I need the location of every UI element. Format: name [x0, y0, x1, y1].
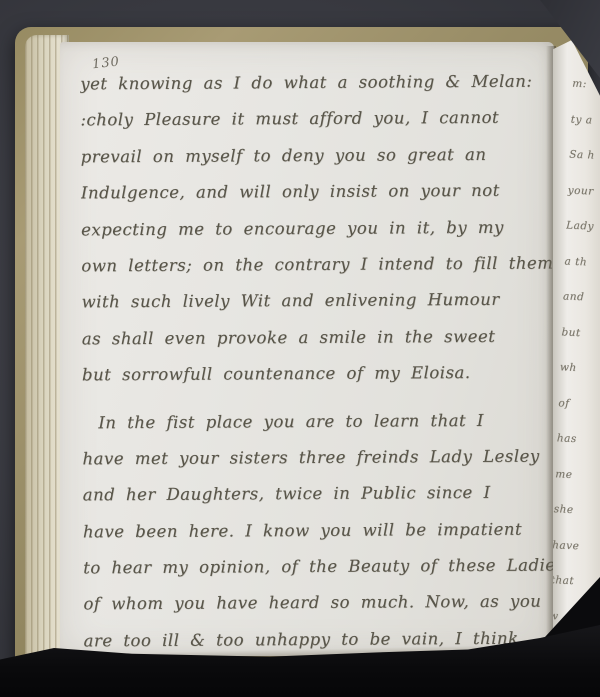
handwriting-line: and her Daughters, twice in Public since…	[83, 483, 555, 522]
text-fragment: has	[556, 432, 597, 469]
handwriting-line: have been here. I know you will be impat…	[83, 519, 555, 558]
handwriting-line: with such lively Wit and enlivening Humo…	[82, 290, 554, 329]
handwriting-line: expecting me to encourage you in it, by …	[81, 217, 553, 256]
manuscript-photo: 130 yet knowing as I do what a soothing …	[0, 0, 600, 697]
text-fragment: ty a	[569, 113, 600, 150]
text-fragment: a th	[563, 255, 600, 292]
text-fragment: wh	[559, 361, 600, 398]
page-number: 130	[91, 53, 132, 72]
handwriting-line: but sorrowfull countenance of my Eloisa.	[82, 363, 554, 402]
text-fragment: m:	[571, 78, 600, 115]
text-fragment: me	[554, 468, 595, 505]
text-fragment: she	[552, 503, 593, 540]
handwriting-line: prevail on myself to deny you so great a…	[81, 144, 553, 183]
text-fragment: Lady	[565, 219, 600, 256]
handwriting-line: In the fist place you are to learn that …	[82, 410, 554, 449]
page-content: 130 yet knowing as I do what a soothing …	[58, 40, 556, 697]
text-fragment: Sa h	[568, 149, 600, 186]
text-fragment: have	[551, 539, 592, 576]
handwriting-line: have met your sisters three freinds Lady…	[82, 446, 554, 485]
text-fragment: of	[557, 397, 598, 434]
text-fragment: but	[560, 326, 600, 363]
next-page-fore-edge: m: ty a Sa h your Lady a th and but wh o…	[553, 40, 600, 660]
handwriting-line: Indulgence, and will only insist on your…	[81, 181, 553, 220]
handwriting-line: of whom you have heard so much. Now, as …	[83, 592, 555, 631]
manuscript-page: 130 yet knowing as I do what a soothing …	[60, 42, 554, 656]
text-fragment: your	[566, 184, 600, 221]
text-fragment: and	[562, 290, 600, 327]
handwriting-line: yet knowing as I do what a soothing & Me…	[80, 71, 552, 110]
handwriting-line: to hear my opinion, of the Beauty of the…	[83, 556, 555, 595]
handwriting-line: :choly Pleasure it must afford you, I ca…	[80, 108, 552, 147]
handwriting-block: yet knowing as I do what a soothing & Me…	[80, 71, 556, 697]
handwriting-line: own letters; on the contrary I intend to…	[81, 253, 553, 292]
handwriting-line: as shall even provoke a smile in the swe…	[82, 326, 554, 365]
